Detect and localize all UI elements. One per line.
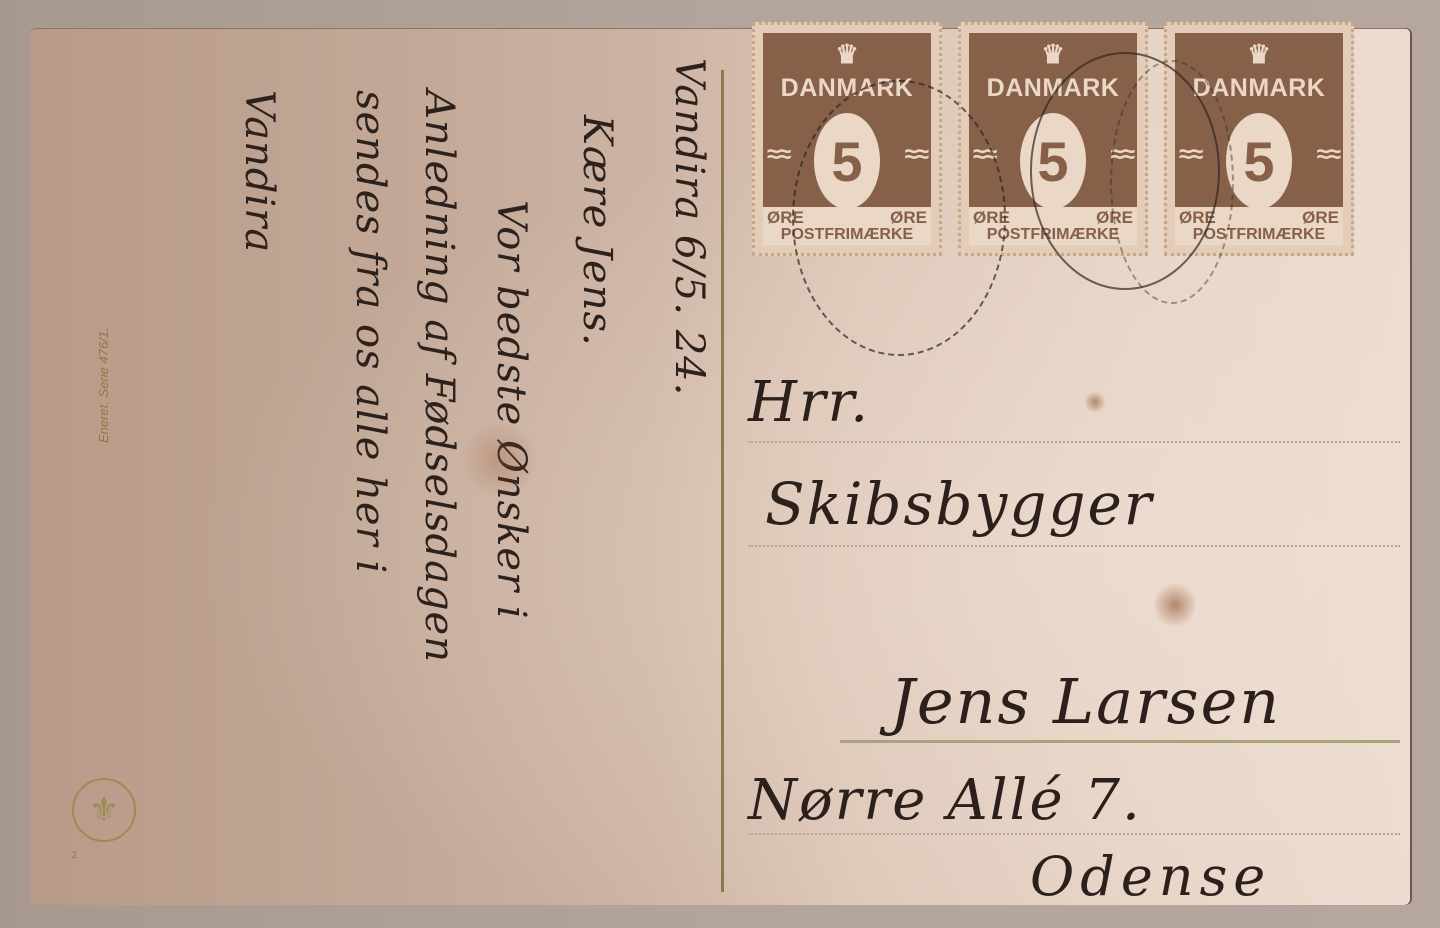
address-rule	[748, 833, 1400, 835]
message-line-4: Anledning af Fødselsdagen	[416, 90, 462, 663]
logo-number: 2	[72, 850, 77, 860]
message-line-3: Vor bedste Ønsker i	[488, 200, 534, 620]
wave-icon: ≈≈	[1317, 141, 1339, 169]
message-line-signature: Vandira	[236, 90, 282, 253]
address-street: Nørre Allé 7.	[748, 768, 1142, 833]
fleur-de-lis-icon: ⚜	[89, 790, 119, 830]
stain	[1085, 390, 1105, 414]
address-city: Odense	[1030, 845, 1271, 908]
stain	[460, 420, 540, 500]
publisher-logo-icon: ⚜	[72, 778, 136, 842]
center-divider-line	[721, 70, 724, 892]
message-line-greeting: Kære Jens.	[574, 115, 620, 347]
address-rule	[748, 545, 1400, 547]
message-line-date: Vandira 6/5. 24.	[666, 58, 712, 396]
postmark-circle	[1110, 60, 1234, 304]
address-title: Skibsbygger	[765, 470, 1154, 538]
stain	[1155, 580, 1195, 630]
address-rule-solid	[840, 740, 1400, 743]
address-name: Jens Larsen	[890, 665, 1281, 738]
crown-icon: ♛	[1041, 39, 1064, 70]
publisher-imprint: Eneret. Serie 476/1.	[96, 327, 111, 443]
address-rule	[748, 441, 1400, 443]
stamp-unit: ØRE	[1302, 209, 1339, 226]
postmark-circle	[792, 80, 1006, 356]
crown-icon: ♛	[835, 39, 858, 70]
message-line-5: sendes fra os alle her i	[347, 90, 393, 574]
address-salutation: Hrr.	[748, 370, 870, 435]
crown-icon: ♛	[1247, 39, 1270, 70]
wave-icon: ≈≈	[767, 141, 789, 169]
